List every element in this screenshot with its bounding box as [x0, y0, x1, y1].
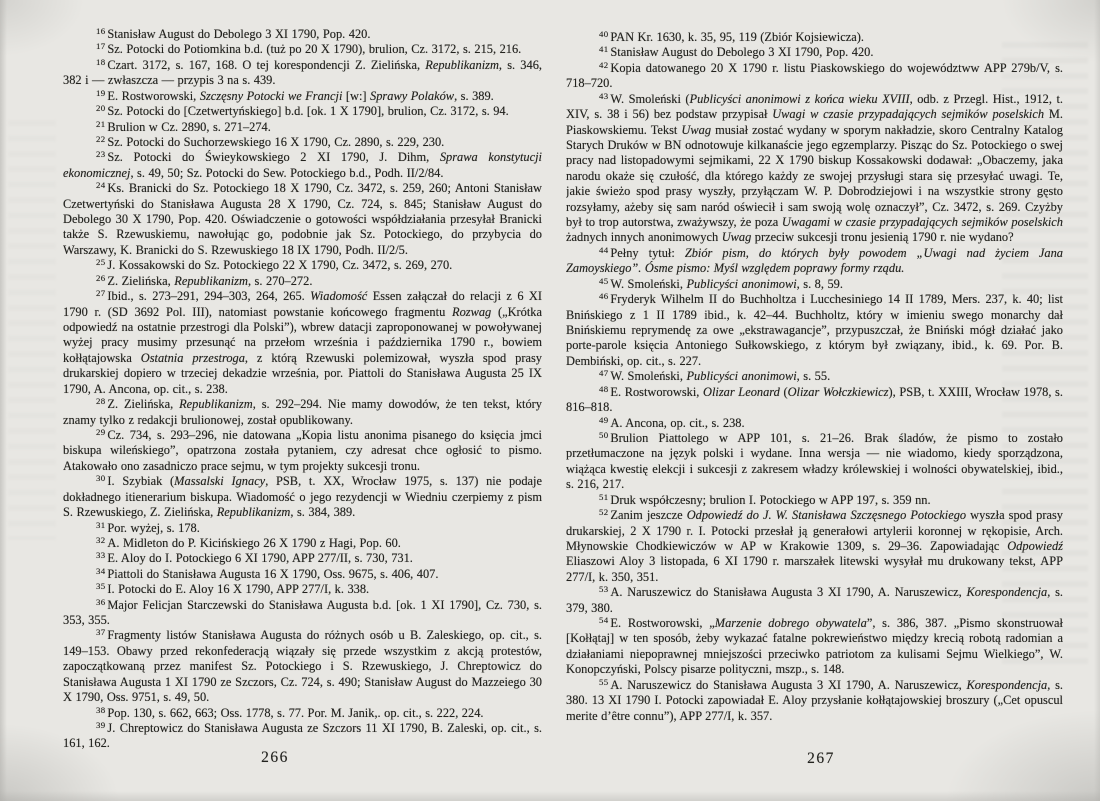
footnote-number: 42 — [599, 60, 608, 70]
footnote-text-segment: E. Rostworowski, — [107, 89, 199, 103]
footnote-48: 48E. Rostworowski, Olizar Leonard (Oliza… — [566, 385, 1063, 416]
footnote-number: 49 — [599, 415, 608, 425]
footnote-number: 54 — [599, 615, 608, 625]
footnote-number: 37 — [96, 627, 105, 637]
footnote-number: 29 — [96, 427, 105, 437]
footnote-21: 21Brulion w Cz. 2890, s. 271–274. — [63, 120, 542, 135]
footnote-number: 35 — [96, 581, 105, 591]
footnote-17: 17Sz. Potocki do Potiomkina b.d. (tuż po… — [63, 42, 542, 57]
footnote-text-segment: Kopia datowanego 20 X 1790 r. listu Pias… — [566, 61, 1063, 90]
footnote-text-segment: [w:] — [342, 89, 370, 103]
footnote-text-segment: Cz. 734, s. 293–296, nie datowana „Kopia… — [63, 428, 542, 473]
book-spread-scan: 16Stanisław August do Debolego 3 XI 1790… — [0, 0, 1100, 801]
footnote-number: 38 — [96, 705, 105, 715]
footnote-24: 24Ks. Branicki do Sz. Potockiego 18 X 17… — [63, 181, 542, 258]
footnote-text-segment: Sz. Potocki do Potiomkina b.d. (tuż po 2… — [107, 42, 521, 56]
footnote-number: 52 — [599, 507, 608, 517]
footnote-text-segment: A. Ancona, op. cit., s. 238. — [610, 416, 744, 430]
footnote-text-segment: Brulion w Cz. 2890, s. 271–274. — [107, 120, 270, 134]
footnote-text-segment: Ks. Branicki do Sz. Potockiego 18 X 1790… — [63, 181, 542, 257]
footnote-text-segment: Republikanizm — [425, 58, 499, 72]
footnote-22: 22Sz. Potocki do Suchorzewskiego 16 X 17… — [63, 135, 542, 150]
footnote-text-segment: Marzenie dobrego obywatela — [715, 616, 867, 630]
footnote-text-segment: Sz. Potocki do Suchorzewskiego 16 X 1790… — [107, 135, 444, 149]
footnote-text-segment: Massalski Ignacy — [174, 474, 265, 488]
footnote-number: 40 — [599, 30, 608, 39]
footnote-text-segment: Por. wyżej, s. 178. — [107, 521, 199, 535]
footnote-text-segment: A. Midleton do P. Kicińskiego 26 X 1790 … — [107, 536, 401, 550]
footnote-number: 41 — [599, 44, 608, 54]
footnote-52: 52Zanim jeszcze Odpowiedź do J. W. Stani… — [566, 508, 1063, 585]
footnote-number: 36 — [96, 597, 105, 607]
footnote-text-segment: Odpowiedź do J. W. Stanisława Szczęsnego… — [687, 508, 966, 522]
footnotes-column-left: 16Stanisław August do Debolego 3 XI 1790… — [63, 27, 542, 751]
footnote-text-segment: A. Naruszewicz do Stanisława Augusta 3 X… — [610, 678, 966, 692]
footnote-50: 50Brulion Piattolego w APP 101, s. 21–26… — [566, 431, 1063, 493]
footnote-32: 32A. Midleton do P. Kicińskiego 26 X 179… — [63, 536, 542, 551]
footnote-text-segment: Uwagami w czasie przypadających sejmików… — [782, 215, 1063, 229]
footnote-text-segment: Sz. Potocki do [Czetwertyńskiego] b.d. [… — [107, 104, 508, 118]
footnote-number: 27 — [96, 288, 105, 298]
footnote-number: 48 — [599, 384, 608, 394]
footnote-text-segment: Z. Zielińska, — [107, 274, 174, 288]
footnote-number: 30 — [96, 473, 105, 483]
footnote-text-segment: Publicyści anonimowi z końca wieku XVIII — [690, 92, 910, 106]
footnote-text-segment: Republikanizm — [174, 274, 248, 288]
footnote-47: 47W. Smoleński, Publicyści anonimowi, s.… — [566, 369, 1063, 384]
footnote-number: 17 — [96, 41, 105, 51]
footnote-text-segment: Fryderyk Wilhelm II do Buchholtza i Lucc… — [566, 292, 1063, 368]
footnote-text-segment: I. Szybiak ( — [107, 474, 174, 488]
footnote-text-segment: W. Smoleński ( — [610, 92, 689, 106]
footnote-text-segment: Uwag — [722, 230, 752, 244]
footnote-26: 26Z. Zielińska, Republikanizm, s. 270–27… — [63, 274, 542, 289]
footnote-text-segment: Brulion Piattolego w APP 101, s. 21–26. … — [566, 431, 1063, 491]
footnote-number: 50 — [599, 430, 608, 440]
footnote-text-segment: Republikanizm — [217, 505, 291, 519]
footnote-number: 33 — [96, 550, 105, 560]
footnote-number: 25 — [96, 257, 105, 267]
footnote-number: 28 — [96, 396, 105, 406]
footnote-number: 20 — [96, 103, 105, 113]
footnote-text-segment: Pop. 130, s. 662, 663; Oss. 1778, s. 77.… — [107, 706, 483, 720]
footnote-number: 18 — [96, 57, 105, 67]
footnote-number: 32 — [96, 535, 105, 545]
footnote-20: 20Sz. Potocki do [Czetwertyńskiego] b.d.… — [63, 104, 542, 119]
footnote-text-segment: Czart. 3172, s. 167, 168. O tej korespon… — [107, 58, 425, 72]
footnote-33: 33E. Aloy do I. Potockiego 6 XI 1790, AP… — [63, 551, 542, 566]
footnote-text-segment: Fragmenty listów Stanisława Augusta do r… — [63, 628, 542, 704]
footnote-number: 22 — [96, 134, 105, 144]
page-number-left: 266 — [240, 749, 310, 767]
footnote-text-segment: Olizar Wołczkiewicz — [788, 385, 889, 399]
footnote-text-segment: żadnych innych anonimowych — [566, 230, 722, 244]
footnote-text-segment: Szczęsny Potocki we Francji — [200, 89, 343, 103]
footnote-text-segment: A. Naruszewicz do Stanisława Augusta 3 X… — [610, 585, 966, 599]
footnote-text-segment: Uwag — [681, 123, 711, 137]
footnote-text-segment: Zanim jeszcze — [610, 508, 686, 522]
footnote-text-segment: Publicyści anonimowi — [686, 277, 796, 291]
footnote-number: 24 — [96, 180, 105, 190]
footnote-text-segment: PAN Kr. 1630, k. 35, 95, 119 (Zbiór Kojs… — [610, 30, 864, 44]
footnote-text-segment: I. Potocki do E. Aloy 16 X 1790, APP 277… — [107, 582, 369, 596]
footnote-text-segment: Pełny tytuł: — [610, 246, 684, 260]
footnotes-column-right: 40PAN Kr. 1630, k. 35, 95, 119 (Zbiór Ko… — [566, 30, 1063, 751]
footnote-19: 19E. Rostworowski, Szczęsny Potocki we F… — [63, 89, 542, 104]
footnote-number: 46 — [599, 291, 608, 301]
footnote-text-segment: Rozwag — [452, 305, 491, 319]
footnote-text-segment: E. Aloy do I. Potockiego 6 XI 1790, APP … — [107, 551, 413, 565]
footnote-number: 34 — [96, 566, 105, 576]
footnote-34: 34Piattoli do Stanisława Augusta 16 X 17… — [63, 567, 542, 582]
footnote-number: 16 — [96, 27, 105, 36]
footnote-text-segment: Druk współczesny; brulion I. Potockiego … — [610, 493, 930, 507]
footnote-text-segment: musiał zostać wydany w sporym nakładzie,… — [566, 123, 1063, 230]
footnote-54: 54E. Rostworowski, „Marzenie dobrego oby… — [566, 616, 1063, 678]
footnote-text-segment: J. Chreptowicz do Stanisława Augusta ze … — [63, 721, 542, 750]
footnote-text-segment: ( — [780, 385, 788, 399]
footnote-number: 39 — [96, 720, 105, 730]
footnote-46: 46Fryderyk Wilhelm II do Buchholtza i Lu… — [566, 292, 1063, 369]
footnote-35: 35I. Potocki do E. Aloy 16 X 1790, APP 2… — [63, 582, 542, 597]
footnote-text-segment: Korespondencja — [966, 678, 1047, 692]
footnote-text-segment: W. Smoleński, — [610, 277, 686, 291]
footnote-text-segment: Korespondencja — [966, 585, 1047, 599]
footnote-number: 55 — [599, 677, 608, 687]
footnote-number: 21 — [96, 119, 105, 129]
footnote-44: 44Pełny tytuł: Zbiór pism, do których by… — [566, 246, 1063, 277]
footnote-text-segment: Olizar Leonard — [703, 385, 780, 399]
footnote-text-segment: Uwagi w czasie przypadających sejmików p… — [772, 107, 1044, 121]
footnote-number: 51 — [599, 492, 608, 502]
footnote-number: 31 — [96, 520, 105, 530]
footnote-text-segment: Sz. Potocki do Świeykowskiego 2 XI 1790,… — [107, 150, 439, 164]
footnote-text-segment: J. Kossakowski do Sz. Potockiego 22 X 17… — [107, 258, 452, 272]
footnote-55: 55A. Naruszewicz do Stanisława Augusta 3… — [566, 678, 1063, 724]
footnote-text-segment: Stanisław August do Debolego 3 XI 1790, … — [610, 45, 873, 59]
footnote-40: 40PAN Kr. 1630, k. 35, 95, 119 (Zbiór Ko… — [566, 30, 1063, 45]
footnote-16: 16Stanisław August do Debolego 3 XI 1790… — [63, 27, 542, 42]
footnote-text-segment: , s. 8, 59. — [797, 277, 843, 291]
footnote-text-segment: , s. 389. — [454, 89, 494, 103]
footnote-number: 45 — [599, 276, 608, 286]
footnote-text-segment: , s. 55. — [797, 369, 831, 383]
page-number-right: 267 — [786, 750, 856, 768]
footnote-text-segment: Stanisław August do Debolego 3 XI 1790, … — [107, 27, 370, 41]
footnote-number: 23 — [96, 149, 105, 159]
footnote-text-segment: Odpowiedź — [1007, 539, 1063, 553]
footnote-text-segment: przeciw sukcesji tronu jesienią 1790 r. … — [751, 230, 1013, 244]
footnote-number: 26 — [96, 273, 105, 283]
footnote-27: 27Ibid., s. 273–291, 294–303, 264, 265. … — [63, 289, 542, 397]
footnote-23: 23Sz. Potocki do Świeykowskiego 2 XI 179… — [63, 150, 542, 181]
footnote-53: 53A. Naruszewicz do Stanisława Augusta 3… — [566, 585, 1063, 616]
bleed-through-ghost — [8, 120, 56, 540]
footnote-36: 36Major Felicjan Starczewski do Stanisła… — [63, 598, 542, 629]
footnote-39: 39J. Chreptowicz do Stanisława Augusta z… — [63, 721, 542, 751]
footnote-31: 31Por. wyżej, s. 178. — [63, 521, 542, 536]
footnote-38: 38Pop. 130, s. 662, 663; Oss. 1778, s. 7… — [63, 706, 542, 721]
footnote-number: 19 — [96, 88, 105, 98]
footnote-text-segment: , s. 49, 50; Sz. Potocki do Sew. Potocki… — [130, 166, 443, 180]
footnote-text-segment: E. Rostworowski, „ — [610, 616, 714, 630]
footnote-text-segment: , s. 384, 389. — [290, 505, 355, 519]
footnote-text-segment: Major Felicjan Starczewski do Stanisława… — [63, 598, 542, 627]
footnote-37: 37Fragmenty listów Stanisława Augusta do… — [63, 628, 542, 705]
footnote-text-segment: , s. 270–272. — [248, 274, 312, 288]
footnote-45: 45W. Smoleński, Publicyści anonimowi, s.… — [566, 277, 1063, 292]
footnote-42: 42Kopia datowanego 20 X 1790 r. listu Pi… — [566, 61, 1063, 92]
footnote-text-segment: Eliaszowi Aloy 3 listopada, 6 XI 1790 r.… — [566, 554, 1063, 583]
footnote-number: 44 — [599, 245, 608, 255]
footnote-number: 47 — [599, 368, 608, 378]
footnote-text-segment: Publicyści anonimowi — [686, 369, 796, 383]
footnote-text-segment: Piattoli do Stanisława Augusta 16 X 1790… — [107, 567, 438, 581]
footnote-43: 43W. Smoleński (Publicyści anonimowi z k… — [566, 92, 1063, 246]
footnote-text-segment: Sprawy Polaków — [370, 89, 454, 103]
footnote-text-segment: Z. Zielińska, — [107, 397, 179, 411]
footnote-28: 28Z. Zielińska, Republikanizm, s. 292–29… — [63, 397, 542, 428]
footnote-number: 43 — [599, 91, 608, 101]
footnote-text-segment: W. Smoleński, — [610, 369, 686, 383]
footnote-number: 53 — [599, 584, 608, 594]
footnote-text-segment: Ibid., s. 273–291, 294–303, 264, 265. — [107, 289, 310, 303]
footnote-18: 18Czart. 3172, s. 167, 168. O tej koresp… — [63, 58, 542, 89]
footnote-text-segment: Republikanizm — [179, 397, 253, 411]
footnote-41: 41Stanisław August do Debolego 3 XI 1790… — [566, 45, 1063, 60]
footnote-51: 51Druk współczesny; brulion I. Potockieg… — [566, 493, 1063, 508]
footnote-30: 30I. Szybiak (Massalski Ignacy, PSB, t. … — [63, 474, 542, 520]
footnote-49: 49A. Ancona, op. cit., s. 238. — [566, 416, 1063, 431]
footnote-text-segment: Ostatnia przestroga — [141, 351, 245, 365]
footnote-text-segment: Wiadomość — [310, 289, 367, 303]
footnote-25: 25J. Kossakowski do Sz. Potockiego 22 X … — [63, 258, 542, 273]
footnote-text-segment: E. Rostworowski, — [610, 385, 703, 399]
footnote-29: 29Cz. 734, s. 293–296, nie datowana „Kop… — [63, 428, 542, 474]
